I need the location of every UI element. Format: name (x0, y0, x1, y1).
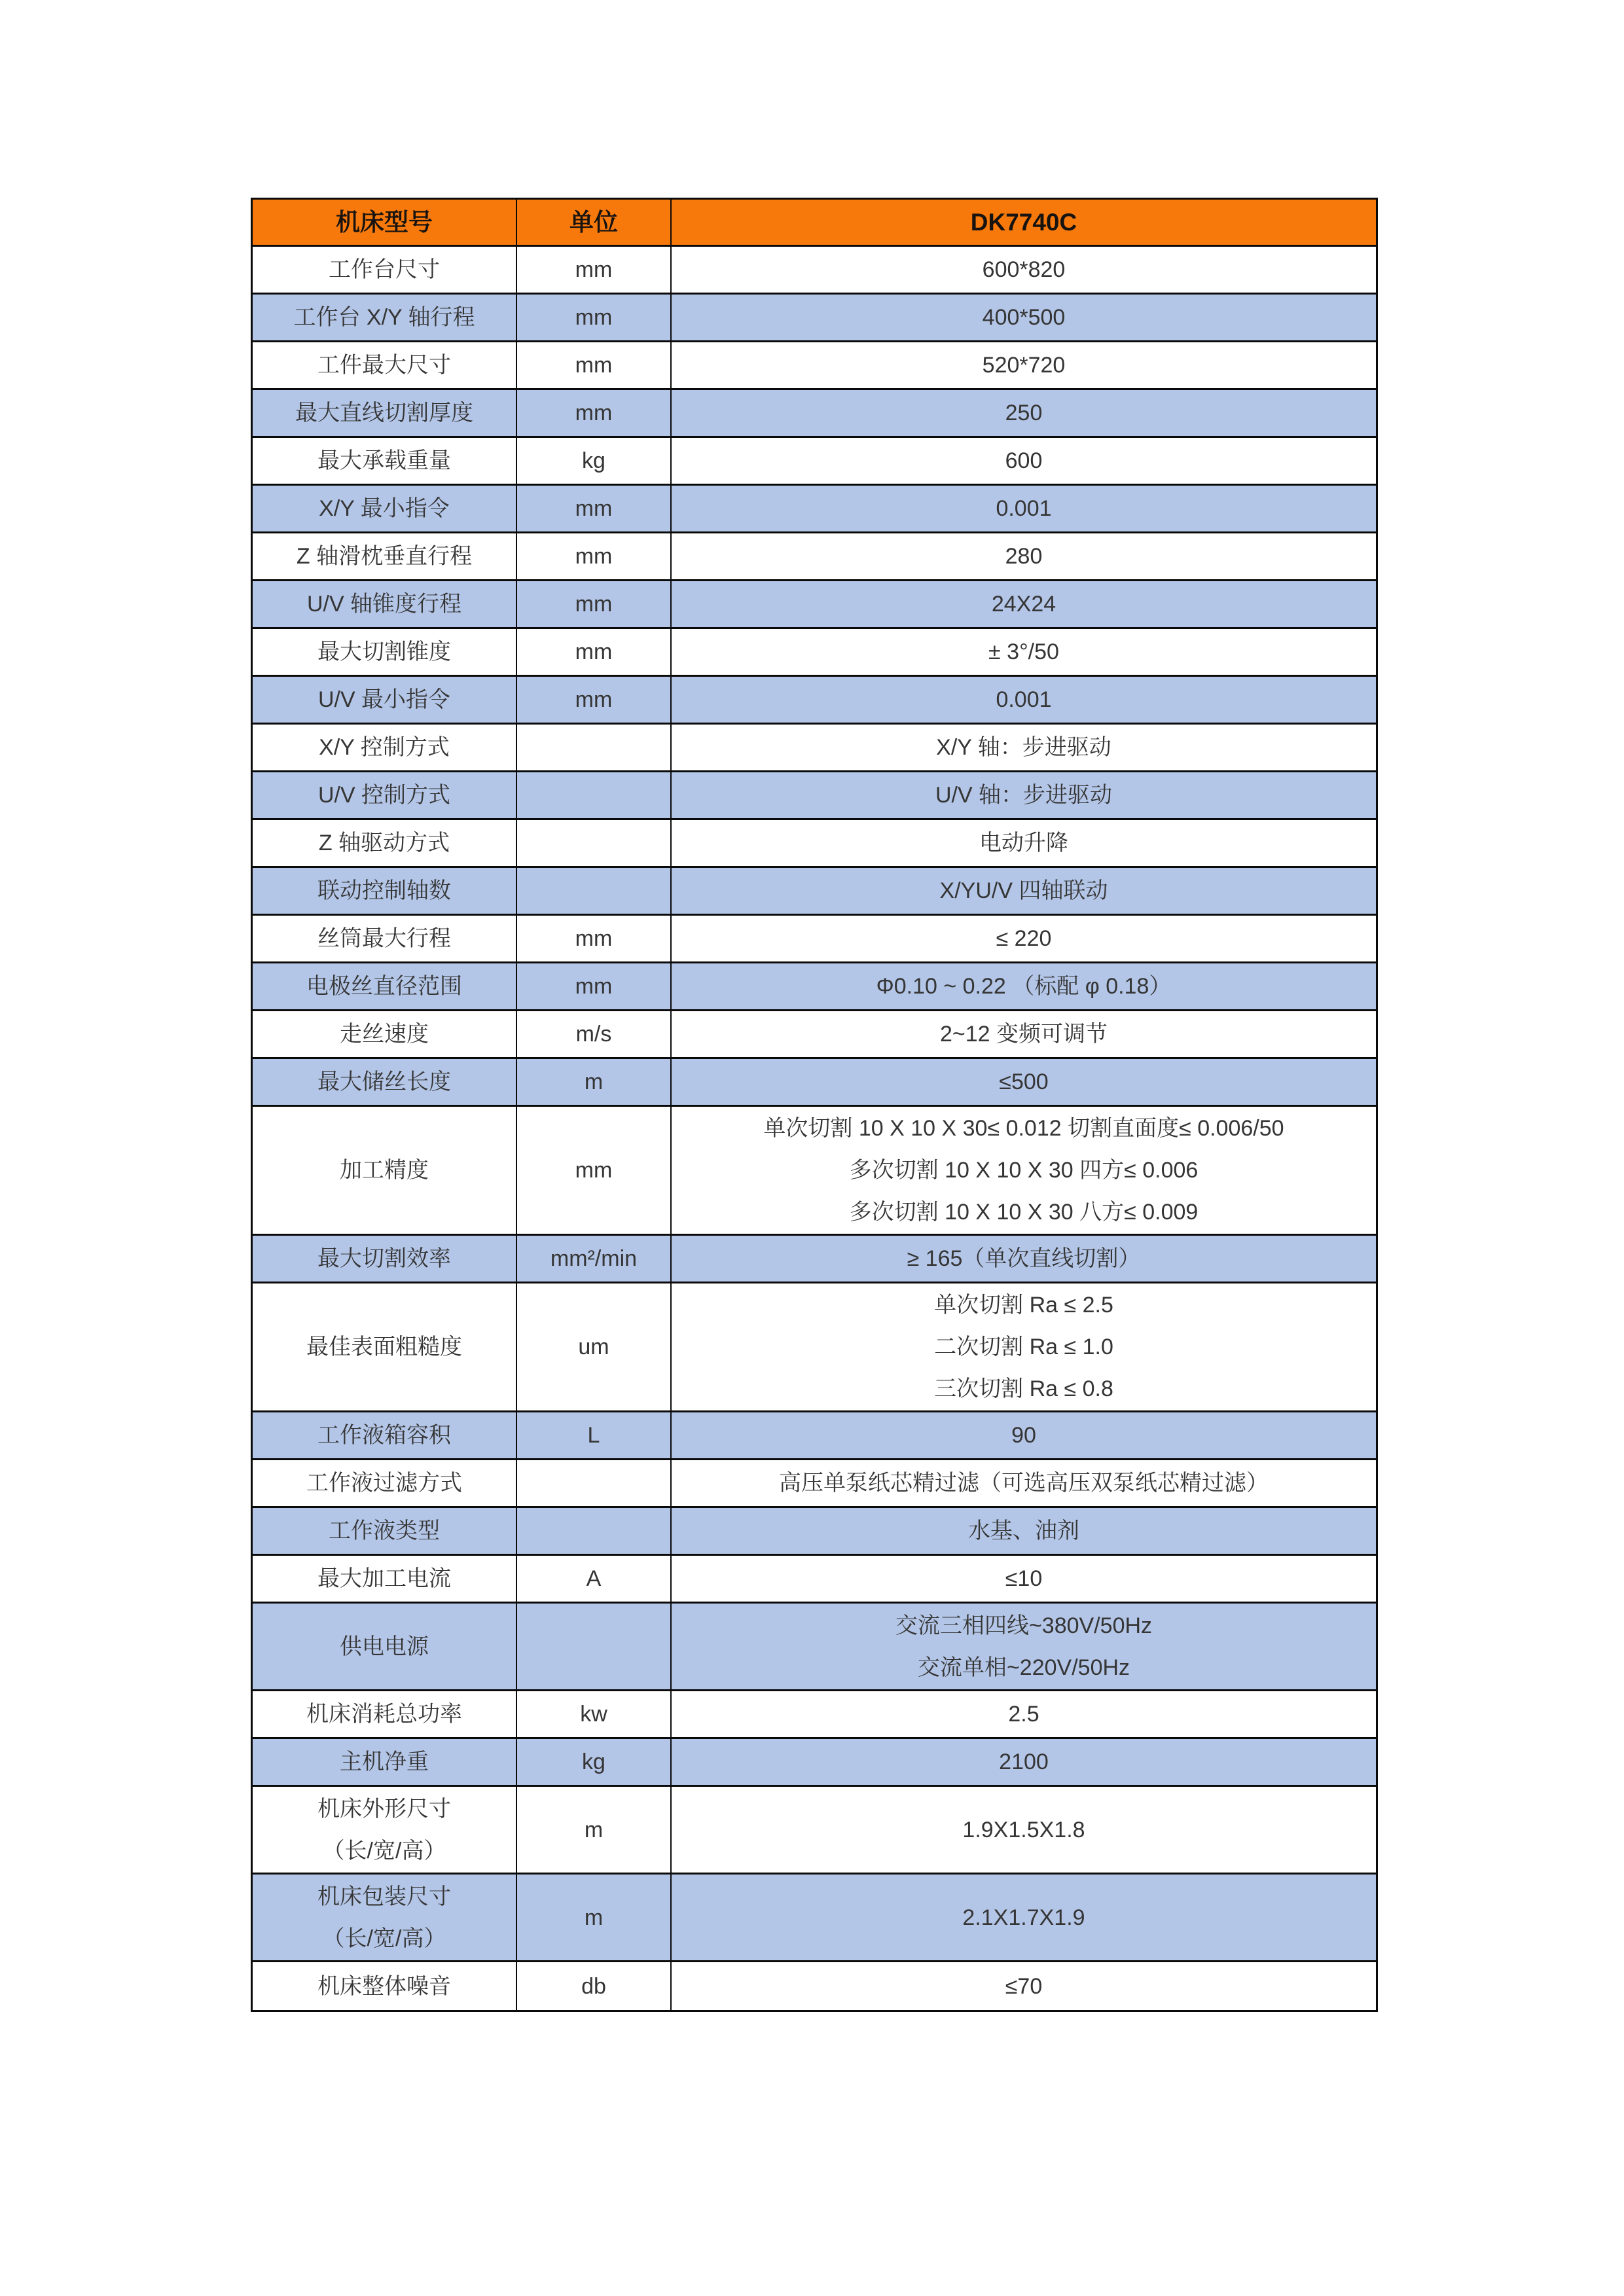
spec-unit-cell: m (517, 1059, 672, 1105)
cell-line: kg (582, 440, 605, 482)
spec-unit-cell: mm (517, 1107, 672, 1234)
spec-unit-cell: mm (517, 677, 672, 723)
spec-name-cell: 最大直线切割厚度 (253, 390, 517, 436)
cell-line: X/Y 控制方式 (319, 726, 450, 768)
table-row: 最大直线切割厚度mm250 (253, 390, 1376, 438)
cell-line: mm (575, 918, 613, 960)
table-row: U/V 最小指令mm0.001 (253, 677, 1376, 725)
cell-line: X/Y 轴：步进驱动 (936, 726, 1111, 768)
spec-value-cell: Φ0.10 ~ 0.22 （标配 φ 0.18） (672, 963, 1376, 1009)
spec-name-cell: 工作液类型 (253, 1508, 517, 1554)
table-row: 工作液箱容积L90 (253, 1412, 1376, 1460)
spec-unit-cell: mm (517, 486, 672, 531)
cell-line: 最大加工电流 (317, 1558, 451, 1600)
spec-unit-cell: db (517, 1962, 672, 2010)
spec-value-cell: 24X24 (672, 581, 1376, 627)
table-row: 机床包装尺寸（长/宽/高）m2.1X1.7X1.9 (253, 1874, 1376, 1962)
cell-line: 250 (1005, 392, 1043, 434)
cell-line: 交流三相四线~380V/50Hz (895, 1605, 1152, 1647)
spec-unit-cell: m (517, 1787, 672, 1873)
spec-unit-cell: kg (517, 438, 672, 484)
spec-name-cell: 机床整体噪音 (253, 1962, 517, 2010)
cell-line: 交流单相~220V/50Hz (918, 1647, 1130, 1689)
spec-unit-cell (517, 725, 672, 770)
spec-name-cell: 走丝速度 (253, 1011, 517, 1057)
cell-line: m (585, 1061, 603, 1103)
spec-name-cell: 工作液过滤方式 (253, 1460, 517, 1506)
cell-line: mm (575, 679, 613, 721)
cell-line: 90 (1011, 1414, 1036, 1456)
spec-unit-cell: mm (517, 533, 672, 579)
cell-line: 工作液箱容积 (317, 1414, 451, 1456)
cell-line: ≤70 (1005, 1965, 1042, 2007)
cell-line: m (585, 1809, 603, 1851)
cell-line: L (588, 1414, 600, 1456)
table-row: 供电电源交流三相四线~380V/50Hz交流单相~220V/50Hz (253, 1604, 1376, 1691)
spec-unit-cell: mm (517, 963, 672, 1009)
table-row: X/Y 最小指令mm0.001 (253, 486, 1376, 533)
spec-unit-cell (517, 772, 672, 818)
cell-line: mm (575, 249, 613, 291)
cell-line: ≤500 (999, 1061, 1048, 1103)
spec-value-cell: 单次切割 10 X 10 X 30≤ 0.012 切割直面度≤ 0.006/50… (672, 1107, 1376, 1234)
cell-line: mm (575, 488, 613, 529)
table-row: 机床外形尺寸（长/宽/高）m1.9X1.5X1.8 (253, 1787, 1376, 1874)
cell-line: 机床外形尺寸 (317, 1788, 451, 1830)
spec-value-cell: 2.5 (672, 1691, 1376, 1737)
table-row: 最佳表面粗糙度um单次切割 Ra ≤ 2.5二次切割 Ra ≤ 1.0三次切割 … (253, 1283, 1376, 1412)
spec-value-cell: ≤70 (672, 1962, 1376, 2010)
table-row: U/V 轴锥度行程mm24X24 (253, 581, 1376, 629)
spec-unit-cell (517, 1460, 672, 1506)
spec-unit-cell (517, 868, 672, 914)
table-row: 丝筒最大行程mm≤ 220 (253, 916, 1376, 963)
spec-unit-cell: mm (517, 629, 672, 675)
table-row: 电极丝直径范围mmΦ0.10 ~ 0.22 （标配 φ 0.18） (253, 963, 1376, 1011)
table-row: 机床整体噪音db≤70 (253, 1962, 1376, 2010)
cell-line: mm (575, 631, 613, 673)
spec-unit-cell: m (517, 1874, 672, 1960)
spec-table: 机床型号 单位 DK7740C 工作台尺寸mm600*820工作台 X/Y 轴行… (251, 198, 1378, 2012)
cell-line: ≤10 (1005, 1558, 1042, 1600)
cell-line: （长/宽/高） (323, 1830, 446, 1872)
cell-line: 0.001 (996, 488, 1051, 529)
cell-line: mm (575, 583, 613, 625)
spec-value-cell: U/V 轴：步进驱动 (672, 772, 1376, 818)
cell-line: 2.5 (1008, 1693, 1039, 1735)
table-row: 工作液类型水基、油剂 (253, 1508, 1376, 1556)
cell-line: 三次切割 Ra ≤ 0.8 (934, 1368, 1113, 1410)
spec-name-cell: Z 轴滑枕垂直行程 (253, 533, 517, 579)
header-model-label-text: 机床型号 (336, 202, 433, 243)
cell-line: 最大储丝长度 (317, 1061, 451, 1103)
table-row: 工作台 X/Y 轴行程mm400*500 (253, 295, 1376, 342)
cell-line: ± 3°/50 (988, 631, 1059, 673)
cell-line: U/V 最小指令 (318, 679, 450, 721)
table-row: 最大储丝长度m≤500 (253, 1059, 1376, 1107)
spec-unit-cell (517, 1604, 672, 1689)
spec-value-cell: 单次切割 Ra ≤ 2.5二次切割 Ra ≤ 1.0三次切割 Ra ≤ 0.8 (672, 1283, 1376, 1410)
cell-line: 工作液过滤方式 (306, 1462, 462, 1504)
cell-line: （长/宽/高） (323, 1918, 446, 1960)
spec-value-cell: 高压单泵纸芯精过滤（可选高压双泵纸芯精过滤） (672, 1460, 1376, 1506)
spec-value-cell: ± 3°/50 (672, 629, 1376, 675)
spec-unit-cell: mm (517, 390, 672, 436)
cell-line: 最佳表面粗糙度 (306, 1326, 462, 1368)
header-unit-label: 单位 (517, 200, 672, 245)
spec-unit-cell: mm (517, 581, 672, 627)
spec-value-cell: 280 (672, 533, 1376, 579)
spec-value-cell: ≤10 (672, 1556, 1376, 1602)
cell-line: 丝筒最大行程 (317, 918, 451, 960)
cell-line: 1.9X1.5X1.8 (962, 1809, 1085, 1851)
spec-unit-cell (517, 1508, 672, 1554)
spec-name-cell: 供电电源 (253, 1604, 517, 1689)
table-row: 最大切割效率mm²/min≥ 165（单次直线切割） (253, 1236, 1376, 1283)
cell-line: A (586, 1558, 602, 1600)
cell-line: 400*500 (983, 296, 1066, 338)
cell-line: 单次切割 10 X 10 X 30≤ 0.012 切割直面度≤ 0.006/50 (763, 1107, 1284, 1149)
table-row: 工件最大尺寸mm520*720 (253, 342, 1376, 390)
cell-line: 最大切割锥度 (317, 631, 451, 673)
spec-name-cell: 最大储丝长度 (253, 1059, 517, 1105)
cell-line: 加工精度 (340, 1149, 429, 1191)
spec-unit-cell: um (517, 1283, 672, 1410)
spec-value-cell: ≥ 165（单次直线切割） (672, 1236, 1376, 1282)
spec-name-cell: 工作台 X/Y 轴行程 (253, 295, 517, 340)
cell-line: 工作液类型 (329, 1510, 440, 1552)
cell-line: mm (575, 965, 613, 1007)
spec-name-cell: 最大承载重量 (253, 438, 517, 484)
spec-unit-cell: mm (517, 295, 672, 340)
table-row: Z 轴驱动方式电动升降 (253, 820, 1376, 868)
spec-value-cell: 90 (672, 1412, 1376, 1458)
spec-value-cell: 600*820 (672, 247, 1376, 293)
cell-line: 机床整体噪音 (317, 1965, 451, 2007)
cell-line: m/s (576, 1013, 612, 1055)
cell-line: 电极丝直径范围 (306, 965, 462, 1007)
spec-name-cell: 最大切割效率 (253, 1236, 517, 1282)
cell-line: 机床消耗总功率 (306, 1693, 462, 1735)
spec-value-cell: 2.1X1.7X1.9 (672, 1874, 1376, 1960)
cell-line: X/Y 最小指令 (319, 488, 450, 529)
spec-unit-cell: kw (517, 1691, 672, 1737)
cell-line: mm (575, 392, 613, 434)
cell-line: 高压单泵纸芯精过滤（可选高压双泵纸芯精过滤） (779, 1462, 1269, 1504)
cell-line: Z 轴驱动方式 (319, 822, 450, 864)
table-row: 加工精度mm单次切割 10 X 10 X 30≤ 0.012 切割直面度≤ 0.… (253, 1107, 1376, 1236)
spec-name-cell: 机床包装尺寸（长/宽/高） (253, 1874, 517, 1960)
cell-line: mm (575, 344, 613, 386)
cell-line: 工件最大尺寸 (317, 344, 451, 386)
table-row: 工作台尺寸mm600*820 (253, 247, 1376, 295)
cell-line: um (578, 1326, 609, 1368)
table-row: 最大承载重量kg600 (253, 438, 1376, 486)
cell-line: X/YU/V 四轴联动 (940, 870, 1108, 912)
spec-name-cell: 机床消耗总功率 (253, 1691, 517, 1737)
spec-value-cell: 水基、油剂 (672, 1508, 1376, 1554)
spec-value-cell: 0.001 (672, 486, 1376, 531)
spec-value-cell: X/Y 轴：步进驱动 (672, 725, 1376, 770)
cell-line: ≤ 220 (996, 918, 1052, 960)
spec-unit-cell: mm (517, 342, 672, 388)
cell-line: 二次切割 Ra ≤ 1.0 (934, 1326, 1113, 1368)
spec-value-cell: X/YU/V 四轴联动 (672, 868, 1376, 914)
spec-name-cell: 最大加工电流 (253, 1556, 517, 1602)
cell-line: Φ0.10 ~ 0.22 （标配 φ 0.18） (876, 965, 1172, 1007)
header-model-label: 机床型号 (253, 200, 517, 245)
spec-unit-cell: kg (517, 1739, 672, 1785)
table-row: 机床消耗总功率kw2.5 (253, 1691, 1376, 1739)
spec-name-cell: U/V 轴锥度行程 (253, 581, 517, 627)
cell-line: mm (575, 296, 613, 338)
cell-line: mm (575, 535, 613, 577)
cell-line: 520*720 (983, 344, 1066, 386)
spec-name-cell: U/V 控制方式 (253, 772, 517, 818)
spec-unit-cell: m/s (517, 1011, 672, 1057)
cell-line: m (585, 1897, 603, 1939)
cell-line: U/V 轴锥度行程 (307, 583, 461, 625)
cell-line: kw (580, 1693, 607, 1735)
spec-value-cell: 520*720 (672, 342, 1376, 388)
spec-name-cell: U/V 最小指令 (253, 677, 517, 723)
cell-line: mm²/min (550, 1238, 637, 1280)
cell-line: 主机净重 (340, 1741, 429, 1783)
header-unit-label-text: 单位 (569, 202, 618, 243)
table-row: 工作液过滤方式高压单泵纸芯精过滤（可选高压双泵纸芯精过滤） (253, 1460, 1376, 1508)
spec-value-cell: 2100 (672, 1739, 1376, 1785)
table-row: 主机净重kg2100 (253, 1739, 1376, 1787)
spec-value-cell: 400*500 (672, 295, 1376, 340)
spec-unit-cell: mm (517, 247, 672, 293)
page: { "document": { "header": { "model_label… (0, 0, 1624, 2296)
spec-name-cell: 电极丝直径范围 (253, 963, 517, 1009)
spec-name-cell: 丝筒最大行程 (253, 916, 517, 961)
spec-value-cell: ≤ 220 (672, 916, 1376, 961)
cell-line: 走丝速度 (340, 1013, 429, 1055)
spec-name-cell: 机床外形尺寸（长/宽/高） (253, 1787, 517, 1873)
spec-unit-cell: A (517, 1556, 672, 1602)
spec-name-cell: 工作液箱容积 (253, 1412, 517, 1458)
cell-line: 单次切割 Ra ≤ 2.5 (934, 1284, 1113, 1326)
table-row: 走丝速度m/s2~12 变频可调节 (253, 1011, 1376, 1059)
cell-line: 24X24 (992, 583, 1056, 625)
table-row: 最大加工电流A≤10 (253, 1556, 1376, 1604)
spec-name-cell: 工作台尺寸 (253, 247, 517, 293)
cell-line: 供电电源 (340, 1626, 429, 1668)
spec-unit-cell (517, 820, 672, 866)
spec-unit-cell: L (517, 1412, 672, 1458)
cell-line: 600*820 (983, 249, 1066, 291)
cell-line: 多次切割 10 X 10 X 30 四方≤ 0.006 (850, 1149, 1199, 1191)
table-header-row: 机床型号 单位 DK7740C (253, 200, 1376, 247)
spec-value-cell: 600 (672, 438, 1376, 484)
cell-line: Z 轴滑枕垂直行程 (297, 535, 472, 577)
cell-line: 280 (1005, 535, 1043, 577)
cell-line: ≥ 165（单次直线切割） (907, 1238, 1141, 1280)
cell-line: 2100 (999, 1741, 1049, 1783)
cell-line: 机床包装尺寸 (317, 1876, 451, 1918)
cell-line: kg (582, 1741, 605, 1783)
cell-line: mm (575, 1149, 613, 1191)
cell-line: 工作台尺寸 (329, 249, 440, 291)
cell-line: 最大承载重量 (317, 440, 451, 482)
table-row: 最大切割锥度mm± 3°/50 (253, 629, 1376, 677)
cell-line: 2.1X1.7X1.9 (962, 1897, 1085, 1939)
table-row: Z 轴滑枕垂直行程mm280 (253, 533, 1376, 581)
spec-name-cell: X/Y 控制方式 (253, 725, 517, 770)
cell-line: U/V 轴：步进驱动 (935, 774, 1112, 816)
cell-line: 多次切割 10 X 10 X 30 八方≤ 0.009 (850, 1191, 1199, 1233)
cell-line: 水基、油剂 (968, 1510, 1079, 1552)
table-row: X/Y 控制方式X/Y 轴：步进驱动 (253, 725, 1376, 772)
cell-line: db (581, 1965, 606, 2007)
spec-unit-cell: mm²/min (517, 1236, 672, 1282)
cell-line: 最大切割效率 (317, 1238, 451, 1280)
cell-line: U/V 控制方式 (318, 774, 450, 816)
cell-line: 0.001 (996, 679, 1051, 721)
spec-name-cell: 工件最大尺寸 (253, 342, 517, 388)
cell-line: 2~12 变频可调节 (940, 1013, 1108, 1055)
cell-line: 最大直线切割厚度 (295, 392, 473, 434)
spec-value-cell: 2~12 变频可调节 (672, 1011, 1376, 1057)
header-model-value: DK7740C (672, 200, 1376, 245)
cell-line: 工作台 X/Y 轴行程 (293, 296, 475, 338)
cell-line: 联动控制轴数 (317, 870, 451, 912)
spec-value-cell: ≤500 (672, 1059, 1376, 1105)
header-model-value-text: DK7740C (971, 202, 1077, 243)
spec-unit-cell: mm (517, 916, 672, 961)
spec-name-cell: 主机净重 (253, 1739, 517, 1785)
spec-name-cell: 加工精度 (253, 1107, 517, 1234)
table-row: U/V 控制方式U/V 轴：步进驱动 (253, 772, 1376, 820)
cell-line: 电动升降 (979, 822, 1068, 864)
spec-name-cell: 联动控制轴数 (253, 868, 517, 914)
spec-value-cell: 1.9X1.5X1.8 (672, 1787, 1376, 1873)
spec-value-cell: 电动升降 (672, 820, 1376, 866)
spec-name-cell: Z 轴驱动方式 (253, 820, 517, 866)
spec-value-cell: 交流三相四线~380V/50Hz交流单相~220V/50Hz (672, 1604, 1376, 1689)
table-row: 联动控制轴数X/YU/V 四轴联动 (253, 868, 1376, 916)
spec-name-cell: 最大切割锥度 (253, 629, 517, 675)
spec-name-cell: X/Y 最小指令 (253, 486, 517, 531)
cell-line: 600 (1005, 440, 1043, 482)
spec-value-cell: 250 (672, 390, 1376, 436)
spec-name-cell: 最佳表面粗糙度 (253, 1283, 517, 1410)
spec-value-cell: 0.001 (672, 677, 1376, 723)
